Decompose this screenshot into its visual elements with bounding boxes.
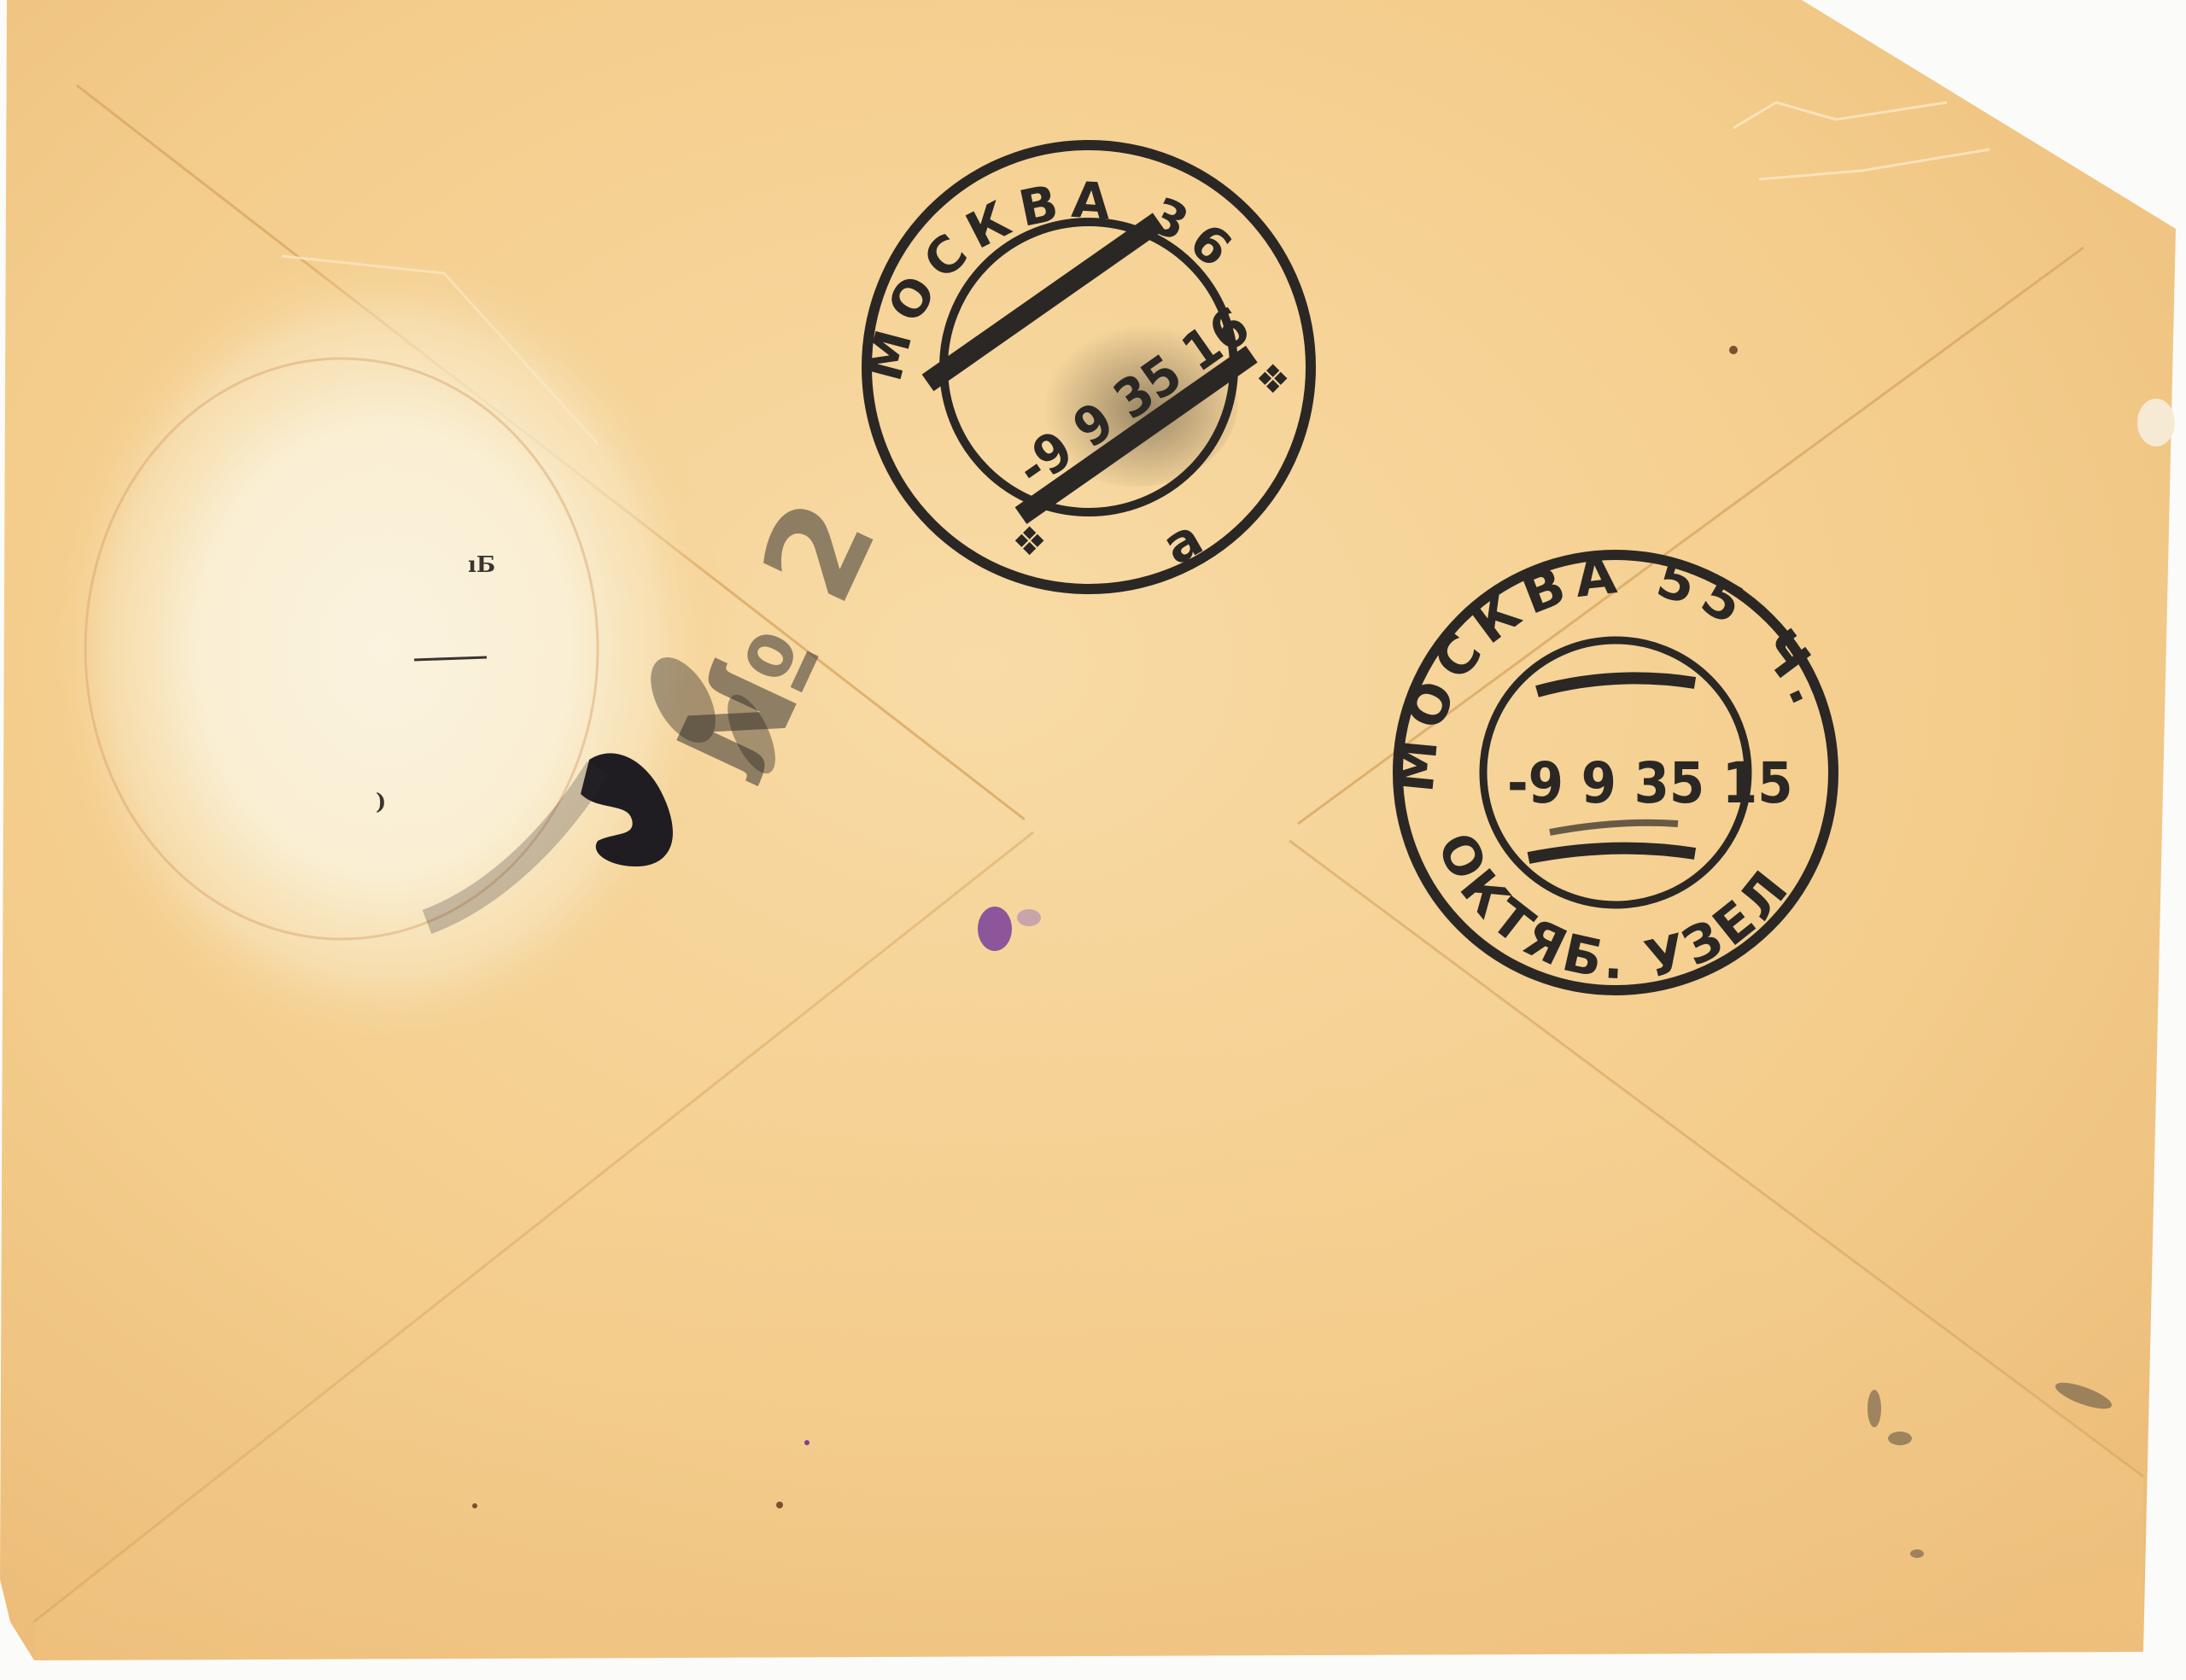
postmark-1-ornament-right: ❖	[1255, 356, 1290, 402]
worn-patch	[2137, 399, 2175, 446]
postmark-2-date: -9 9 35 15	[1507, 750, 1793, 816]
violet-ink-spot	[978, 907, 1012, 951]
seal-mark: )	[376, 790, 386, 815]
envelope-photo: ıБ ) № 2 МОСКВА 36 а -9 9 35 16 ❖ ❖	[0, 0, 2186, 1680]
postmark-1-ornament-bottom: ❖	[1012, 518, 1047, 564]
violet-ink-spot-faint	[1017, 909, 1041, 926]
seal-small-text: ıБ	[468, 552, 495, 578]
